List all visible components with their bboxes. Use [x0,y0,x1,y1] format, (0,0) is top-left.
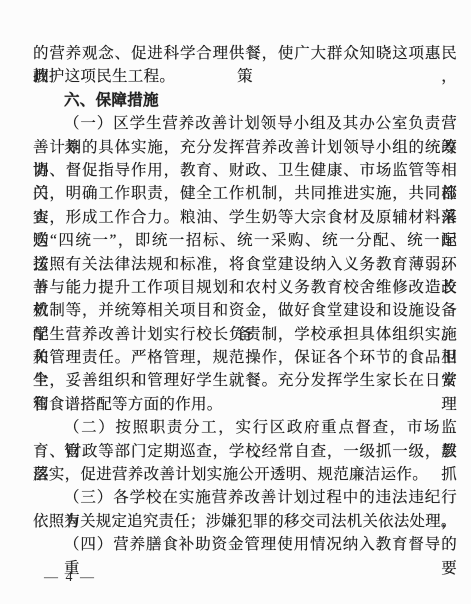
body-line: 依照有关规定追究责任；涉嫌犯罪的移交司法机关依法处理。 [33,510,454,533]
body-line: 全，妥善组织和管理好学生就餐。充分发挥学生家长在日常管理 [33,369,457,392]
body-line: 善与能力提升工作项目规划和农村义务教育校舍维修改造长效 [33,276,457,299]
body-line: （四）营养膳食补助资金管理使用情况纳入教育督导的重要 [33,533,457,556]
body-line: 善计划的具体实施，充分发挥营养改善计划领导小组的统筹协 [33,136,457,159]
body-line: 调、督促指导作用，教育、财政、卫生健康、市场监管等相关部 [33,159,457,182]
body-line: 的营养观念、促进科学合理供餐，使广大群众知晓这项惠民政策， [33,42,457,65]
body-line: 学生营养改善计划实行校长负责制，学校承担具体组织实施和相 [33,323,457,346]
document-page: 的营养观念、促进科学合理供餐，使广大群众知晓这项惠民政策， 拥护这项民生工程。 … [0,0,471,604]
section-heading-six: 六、保障措施 [33,89,457,112]
body-line: 实，形成工作合力。粮油、学生奶等大宗食材及原辅材料采购配 [33,206,457,229]
page-number: — 4 — [44,566,96,589]
document-body: 的营养观念、促进科学合理供餐，使广大群众知晓这项惠民政策， 拥护这项民生工程。 … [33,42,457,557]
body-line: 机制等，并统筹相关项目和资金，做好食堂建设和设施设备配备。 [33,299,457,322]
body-line: 落实，促进营养改善计划实施公开透明、规范廉洁运作。 [33,463,457,486]
body-line: （三）各学校在实施营养改善计划过程中的违法违纪行为， [33,486,457,509]
body-line: （二）按照职责分工，实行区政府重点督查，市场监管、教 [33,416,457,439]
body-line: 育、财政等部门定期巡查，学校经常自查，一级抓一级，层层抓 [33,440,457,463]
body-line: （一）区学生营养改善计划领导小组及其办公室负责营养改 [33,112,457,135]
body-line: 送“四统一”，即统一招标、统一采购、统一分配、统一运送。 [33,229,457,252]
body-line: 门，明确工作职责，健全工作机制，共同推进实施，共同检查落 [33,182,457,205]
body-line: 按照有关法律法规和标准，将食堂建设纳入义务教育薄弱环节改 [33,253,457,276]
body-line: 关管理责任。严格管理，规范操作，保证各个环节的食品卫生安 [33,346,457,369]
